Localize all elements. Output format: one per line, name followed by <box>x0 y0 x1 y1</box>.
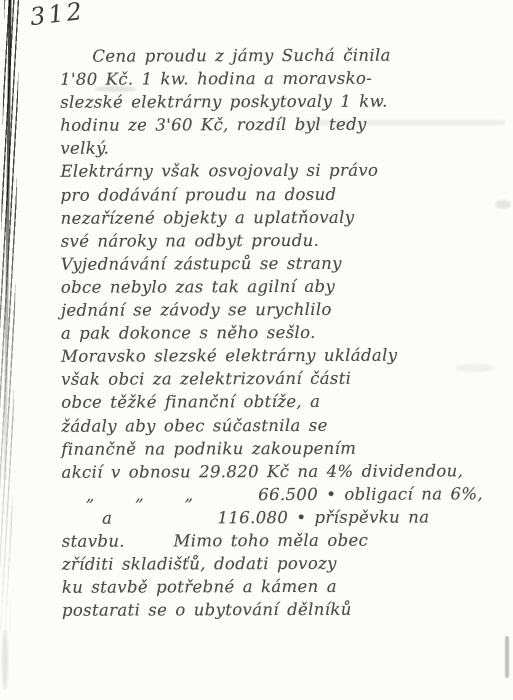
manuscript-line: a pak dokonce s něho sešlo. <box>61 320 509 345</box>
handwritten-text: Cena proudu z jámy Suchá činila1'80 Kč. … <box>60 43 510 622</box>
manuscript-line: obce těžké finanční obtíže, a <box>61 390 509 415</box>
manuscript-line: své nároky na odbyt proudu. <box>61 228 509 253</box>
manuscript-line: Moravsko slezské elektrárny ukládaly <box>61 343 509 368</box>
manuscript-line: však obci za zelektrizování části <box>61 367 509 392</box>
scan-smudge <box>505 636 509 678</box>
manuscript-line: Vyjednávání zástupců se strany <box>61 251 509 276</box>
page-number: 312 <box>28 0 86 31</box>
manuscript-line: hodinu ze 3'60 Kč, rozdíl byl tedy <box>60 113 508 138</box>
manuscript-line: Elektrárny však osvojovaly si právo <box>60 159 508 184</box>
manuscript-line: stavbu. Mimo toho měla obec <box>62 528 510 553</box>
manuscript-line: slezské elektrárny poskytovaly 1 kw. <box>60 89 508 114</box>
manuscript-line: akcií v obnosu 29.820 Kč na 4% dividendo… <box>61 459 509 484</box>
manuscript-line: zříditi skladišťů, dodati povozy <box>62 551 510 576</box>
scanned-manuscript-page: 312 Cena proudu z jámy Suchá činila1'80 … <box>0 0 513 700</box>
manuscript-line: velký. <box>60 136 508 161</box>
manuscript-line: finančně na podniku zakoupením <box>61 436 509 461</box>
manuscript-line: jednání se závody se urychlilo <box>61 297 509 322</box>
manuscript-line: postarati se o ubytování dělníků <box>62 597 510 622</box>
scan-smudge <box>2 630 8 690</box>
manuscript-line: ku stavbě potřebné a kámen a <box>62 574 510 599</box>
manuscript-line: „ „ „ 66.500 • obligací na 6%, <box>62 482 510 507</box>
binding-fade <box>0 0 20 700</box>
manuscript-line: pro dodávání proudu na dosud <box>60 182 508 207</box>
manuscript-line: 1'80 Kč. 1 kw. hodina a moravsko- <box>60 66 508 91</box>
manuscript-line: žádaly aby obec súčastnila se <box>61 413 509 438</box>
manuscript-line: a 116.080 • příspěvku na <box>62 505 510 530</box>
manuscript-line: Cena proudu z jámy Suchá činila <box>60 43 508 68</box>
manuscript-line: obce nebylo zas tak agilní aby <box>61 274 509 299</box>
manuscript-line: nezařízené objekty a uplatňovaly <box>61 205 509 230</box>
